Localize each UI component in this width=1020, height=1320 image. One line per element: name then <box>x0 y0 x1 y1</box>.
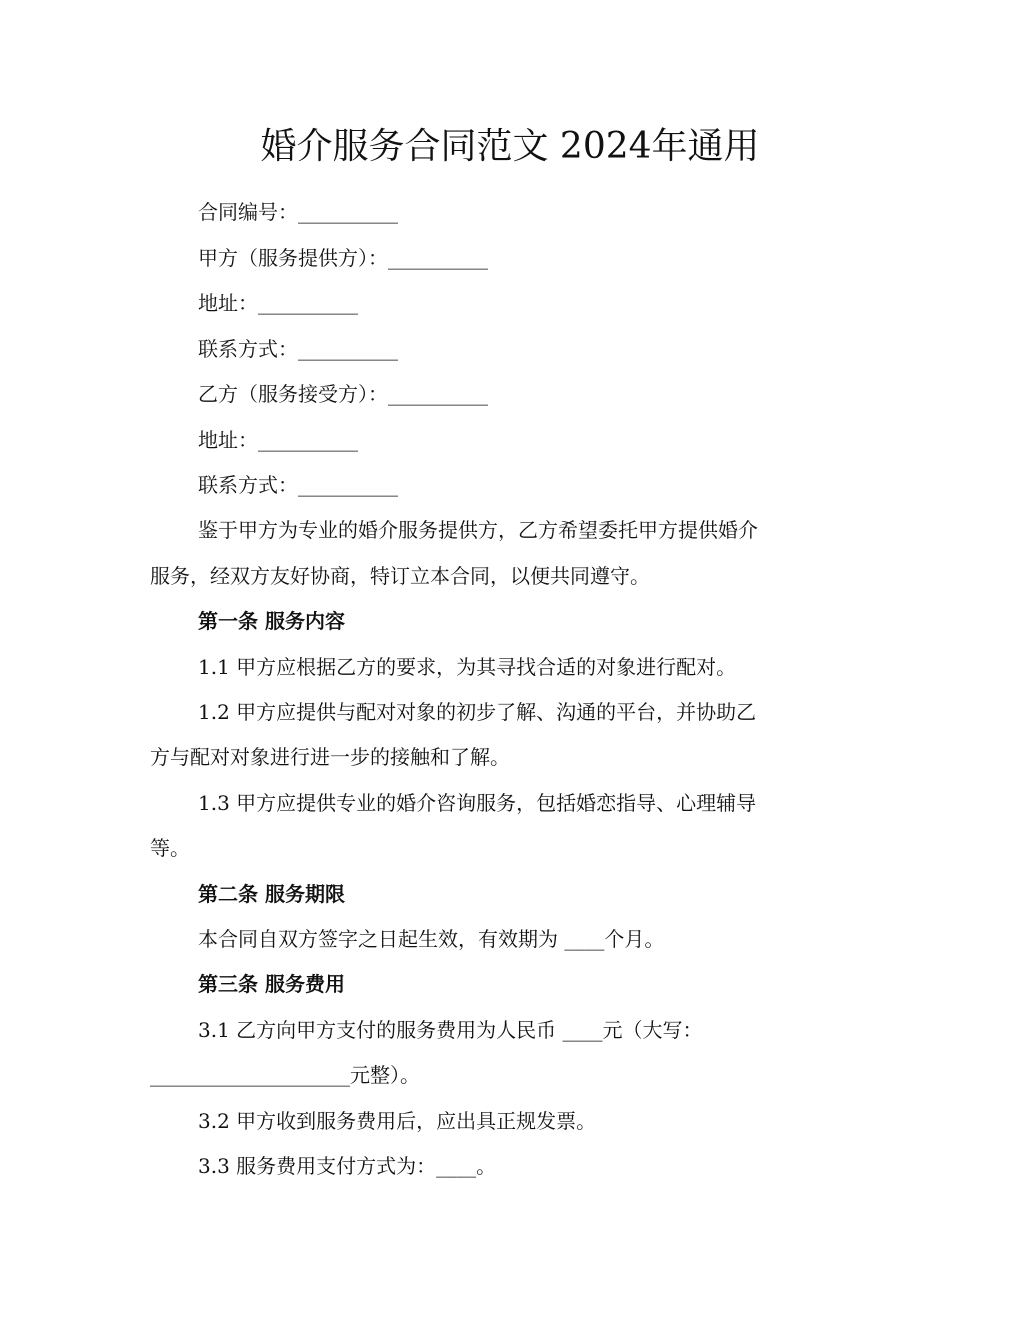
field-party-b-contact: 联系方式：__________ <box>198 469 1020 498</box>
preamble-line-1: 鉴于甲方为专业的婚介服务提供方，乙方希望委托甲方提供婚介 <box>198 514 1020 543</box>
article-1-heading: 第一条 服务内容 <box>198 605 1020 634</box>
field-party-a-contact: 联系方式：__________ <box>198 333 1020 362</box>
article-2-heading: 第二条 服务期限 <box>198 878 1020 907</box>
document-title: 婚介服务合同范文 2024年通用 <box>0 118 1020 169</box>
field-contract-number: 合同编号：__________ <box>198 196 1020 225</box>
article-1-clause-2: 1.2 甲方应提供与配对对象的初步了解、沟通的平台，并协助乙 <box>198 696 1020 725</box>
field-party-a: 甲方（服务提供方）：__________ <box>198 242 1020 271</box>
field-party-b-address: 地址：__________ <box>198 424 1020 453</box>
article-1-clause-3-cont: 等。 <box>150 832 1020 861</box>
preamble-line-2: 服务，经双方友好协商，特订立本合同，以便共同遵守。 <box>150 560 1020 589</box>
article-2-body: 本合同自双方签字之日起生效，有效期为 ____个月。 <box>198 923 1020 952</box>
article-1-clause-1: 1.1 甲方应根据乙方的要求，为其寻找合适的对象进行配对。 <box>198 651 1020 680</box>
article-3-clause-1: 3.1 乙方向甲方支付的服务费用为人民币 ____元（大写： <box>198 1014 1020 1043</box>
article-3-clause-1-cont: ____________________元整）。 <box>150 1059 1020 1088</box>
field-party-a-address: 地址：__________ <box>198 287 1020 316</box>
article-3-clause-3: 3.3 服务费用支付方式为：____。 <box>198 1150 1020 1179</box>
field-party-b: 乙方（服务接受方）：__________ <box>198 378 1020 407</box>
article-3-heading: 第三条 服务费用 <box>198 968 1020 997</box>
article-3-clause-2: 3.2 甲方收到服务费用后，应出具正规发票。 <box>198 1105 1020 1134</box>
article-1-clause-2-cont: 方与配对对象进行进一步的接触和了解。 <box>150 741 1020 770</box>
article-1-clause-3: 1.3 甲方应提供专业的婚介咨询服务，包括婚恋指导、心理辅导 <box>198 787 1020 816</box>
